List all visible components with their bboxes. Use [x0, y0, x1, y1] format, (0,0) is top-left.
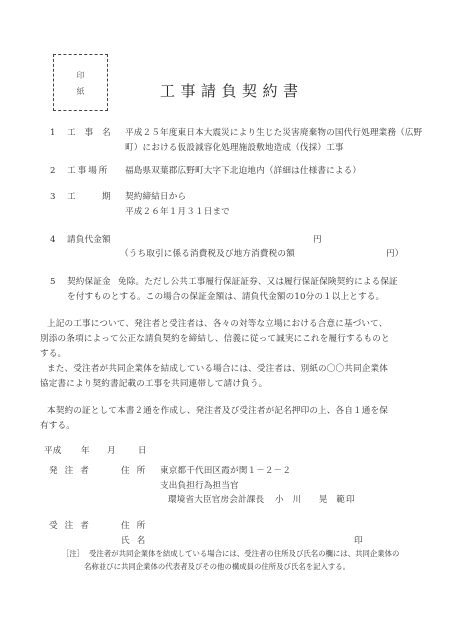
- item-number: 1: [50, 127, 56, 139]
- item-value-line: 平成２５年度東日本大震災により生じた災害廃棄物の国代行処理業務（広野: [125, 127, 422, 139]
- stamp-label-line1: 印: [54, 70, 107, 81]
- tax-yen-unit: 円）: [386, 248, 404, 260]
- paragraph-line: また、受注者が共同企業体を結成している場合には、受注者は、別紙の〇〇共同企業体: [47, 363, 388, 375]
- date-era: 平成: [44, 445, 62, 457]
- footnote-line: 名称並びに共同企業体の代表者及びその他の構成員の住所及び氏名を記入する。: [84, 561, 350, 573]
- orderer-role: 発注者: [49, 465, 96, 477]
- item-value-line: 契約締結日から: [125, 191, 186, 203]
- paragraph-line: 上記の工事について、発注者と受注者は、各々の対等な立場における合意に基づいて、: [47, 318, 388, 330]
- paragraph-line: する。: [40, 348, 66, 360]
- paragraph-line: 別添の条項によって公正な請負契約を締結し、信義に従って誠実にこれを履行するものと: [40, 333, 390, 345]
- item-number: 2: [50, 165, 56, 177]
- footnote-mark: ［注］: [62, 548, 84, 560]
- contractor-address-label: 住所: [121, 520, 152, 532]
- item-number: 5: [50, 276, 56, 288]
- contractor-seal: 印: [354, 535, 363, 547]
- item-number: 3: [50, 191, 56, 203]
- date-day: 日: [138, 445, 147, 457]
- tax-amount-line: （うち取引に係る消費税及び地方消費税の額: [120, 248, 295, 260]
- orderer-address: 東京都千代田区霞が関１－２－２: [160, 465, 291, 477]
- item-label: 工事場所: [67, 165, 109, 177]
- paragraph-line: 有する。: [40, 420, 75, 432]
- paragraph-line: 協定書により契約書記載の工事を共同連帯して請け負う。: [40, 378, 267, 390]
- item-value-line: 町）における仮設減容化処理施設敷地造成（伐採）工事: [125, 142, 344, 154]
- amount-yen-unit: 円: [313, 234, 322, 246]
- date-year: 年: [81, 445, 90, 457]
- item-label: 工 事 名: [67, 127, 111, 139]
- item-value-line: を付すものとする。この場合の保証金額は、請負代金額の10分の１以上とする。: [67, 291, 384, 303]
- revenue-stamp-box: 印 紙: [53, 54, 108, 111]
- orderer-name: 小 川 晃 範: [275, 494, 345, 506]
- stamp-label-line2: 紙: [54, 86, 107, 97]
- paragraph-line: 本契約の証として本書２通を作成し、発注者及び受注者が記名押印の上、各自１通を保: [47, 405, 388, 417]
- item-value-line: 免除。ただし公共工事履行保証証券、又は履行保証保険契約による保証: [118, 276, 398, 288]
- item-value-line: 福島県双葉郡広野町大字下北迫地内（詳細は仕様書による）: [125, 165, 361, 177]
- date-month: 月: [107, 445, 116, 457]
- contractor-name-label: 氏名: [121, 535, 152, 547]
- orderer-address-label: 住所: [121, 465, 152, 477]
- item-value-line: 平成２６年１月３１日まで: [125, 206, 230, 218]
- contractor-role: 受注者: [49, 520, 96, 532]
- item-label: 契約保証金: [67, 276, 111, 288]
- item-label: 工 期: [67, 191, 111, 203]
- footnote-line: 受注者が共同企業体を結成している場合には、受注者の住所及び氏名の欄には、共同企業…: [89, 548, 399, 560]
- orderer-seal: 印: [346, 494, 355, 506]
- document-title: 工事請負契約書: [160, 80, 304, 101]
- orderer-title2: 環境省大臣官房会計課長: [168, 494, 264, 506]
- item-label: 請負代金額: [67, 234, 111, 246]
- item-number: 4: [50, 234, 56, 246]
- orderer-title1: 支出負担行為担当官: [160, 480, 239, 492]
